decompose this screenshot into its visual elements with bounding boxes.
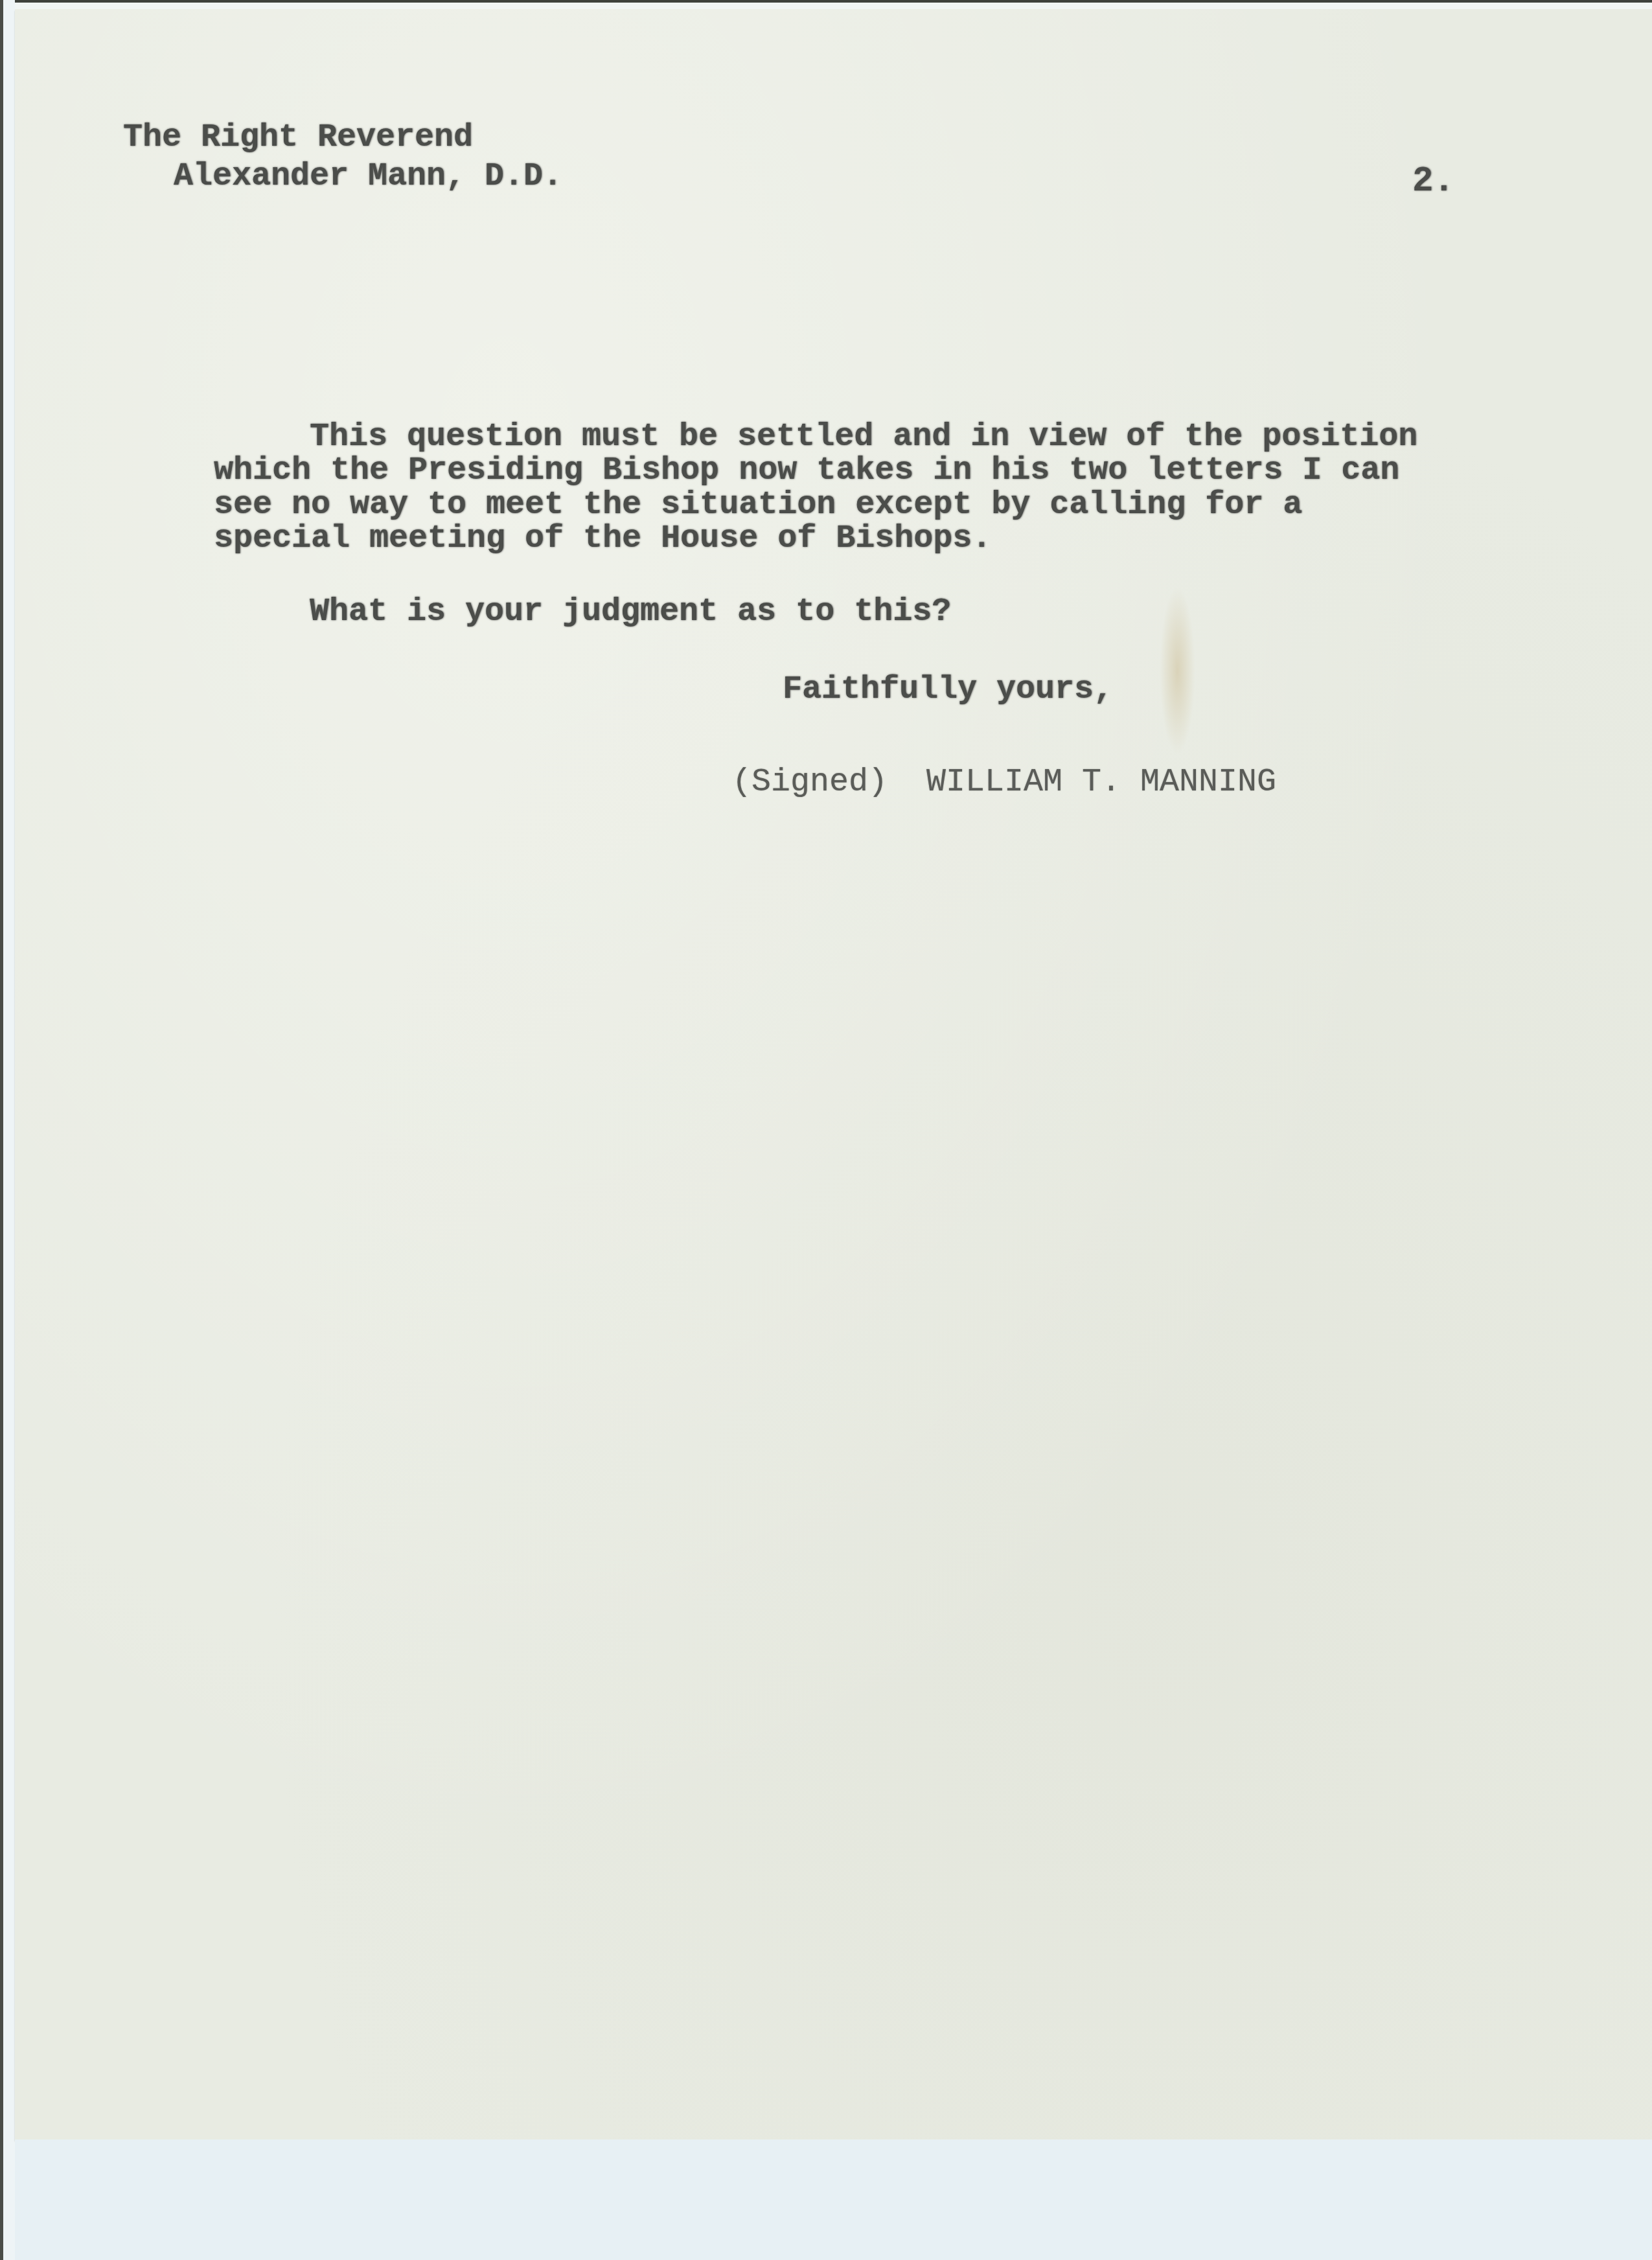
signature-name: WILLIAM T. MANNING <box>926 767 1276 799</box>
closing: Faithfully yours, <box>783 674 1113 706</box>
addressee-line-2: Alexander Mann, D.D. <box>174 161 562 193</box>
body-line-4: special meeting of the House of Bishops. <box>214 523 991 555</box>
scanner-bed-strip-left <box>3 0 15 2260</box>
scanner-bed-strip-top <box>0 3 1652 9</box>
paper-stain <box>1160 586 1195 755</box>
signature-prefix: (Signed) <box>732 767 888 799</box>
body-line-1: This question must be settled and in vie… <box>310 421 1417 454</box>
body-line-2: which the Presiding Bishop now takes in … <box>214 455 1399 487</box>
body-line-3: see no way to meet the situation except … <box>214 489 1302 522</box>
question-line: What is your judgment as to this? <box>310 596 951 628</box>
scanner-bed-bottom <box>15 2139 1652 2260</box>
addressee-line-1: The Right Reverend <box>123 122 473 154</box>
page-number: 2. <box>1412 165 1454 200</box>
letter-page <box>15 9 1652 2139</box>
